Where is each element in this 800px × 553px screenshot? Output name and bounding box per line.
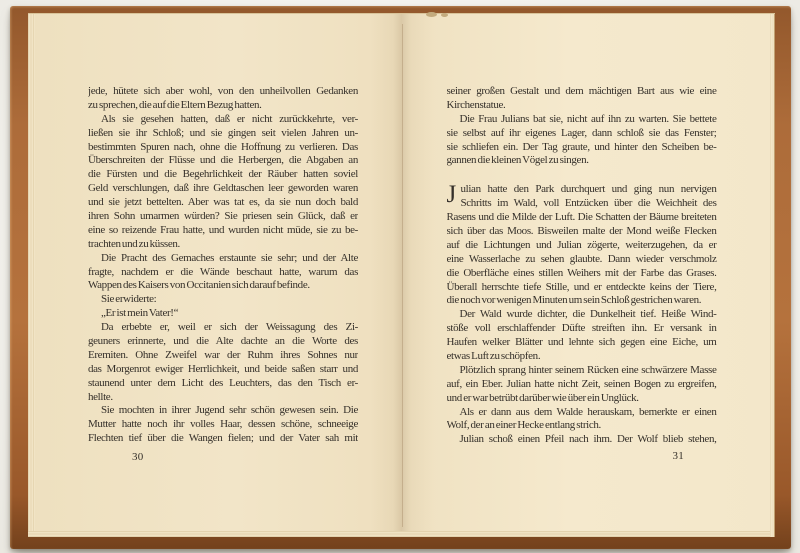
paragraph: Als sie gesehen hatten, daß er nicht zur… xyxy=(88,113,358,252)
text-line: „Er ist mein Vater!“ xyxy=(88,307,358,321)
right-page: seiner großen Gestalt und dem mächtigen … xyxy=(402,14,776,537)
text-line: ließen sie ihr Schloß; und sie gingen se… xyxy=(88,127,358,141)
text-line: sie selbst auf ihr eigenes Lager, dann s… xyxy=(447,127,717,141)
binding-speck xyxy=(441,13,448,17)
paragraph: Julian schoß einen Pfeil nach ihm. Der W… xyxy=(447,433,717,447)
text-line: ihren Sohn umarmen würden? Sie priesen s… xyxy=(88,210,358,224)
binding-speck xyxy=(426,12,437,17)
left-page-text-block: jede, hütete sich aber wohl, von den unh… xyxy=(88,85,358,446)
page-stack-edge-bottom xyxy=(28,531,775,537)
text-line: Julian schoß einen Pfeil nach ihm. Der W… xyxy=(447,433,717,447)
text-line: Schritts im Wald, voll Entzücken über di… xyxy=(447,197,717,211)
left-page-number: 30 xyxy=(132,451,144,463)
paragraph: jede, hütete sich aber wohl, von den unh… xyxy=(88,85,358,113)
drop-cap-letter: J xyxy=(447,182,456,207)
paragraph: Sie mochten in ihrer Jugend sehr schön g… xyxy=(88,404,358,446)
text-line: eine so reizende Frau hatte, und wurden … xyxy=(88,224,358,238)
paragraph: Die Frau Julians bat sie, nicht auf ihn … xyxy=(447,113,717,169)
text-line: und er war betrübt darüber wie über ein … xyxy=(447,392,717,406)
text-line: Die Frau Julians bat sie, nicht auf ihn … xyxy=(447,113,717,127)
page-stack-edge-right xyxy=(770,14,775,537)
right-page-text-block: seiner großen Gestalt und dem mächtigen … xyxy=(447,85,717,447)
text-line: eine Wasserlache zu sehen glaubte. Dann … xyxy=(447,253,717,267)
text-line: seiner großen Gestalt und dem mächtigen … xyxy=(447,85,717,99)
text-line: fragte, nachdem er die Wände beschaut ha… xyxy=(88,266,358,280)
text-line: Plötzlich sprang hinter seinem Rücken ei… xyxy=(447,364,717,378)
text-line: ulian hatte den Park durchquert und ging… xyxy=(447,183,717,197)
paragraph: seiner großen Gestalt und dem mächtigen … xyxy=(447,85,717,113)
photo-background: jede, hütete sich aber wohl, von den unh… xyxy=(0,0,800,553)
paragraph: Plötzlich sprang hinter seinem Rücken ei… xyxy=(447,364,717,406)
text-line: Die Pracht des Gemaches erstaunte sie se… xyxy=(88,252,358,266)
text-line: Kirchenstatue. xyxy=(447,99,717,113)
text-line: gannen die kleinen Vögel zu singen. xyxy=(447,154,717,168)
text-line: Wolf, der an einer Hecke entlang strich. xyxy=(447,419,717,433)
text-line: Flechten tief über die Wangen fielen; un… xyxy=(88,432,358,446)
text-line: Sie erwiderte: xyxy=(88,293,358,307)
paragraph: Als er dann aus dem Walde herauskam, bem… xyxy=(447,406,717,434)
text-line: auf die Lichtungen und Julian zögerte, w… xyxy=(447,239,717,253)
text-line: Überall herrschte tiefe Stille, und er e… xyxy=(447,281,717,295)
text-line: Da erbebte er, weil er sich der Weissagu… xyxy=(88,321,358,335)
text-line: die Fürsten und die Begehrlichkeit der R… xyxy=(88,168,358,182)
text-line: Haufen welker Blätter und lehnte sich ge… xyxy=(447,336,717,350)
text-line: Als er dann aus dem Walde herauskam, bem… xyxy=(447,406,717,420)
paragraph: Da erbebte er, weil er sich der Weissagu… xyxy=(88,321,358,404)
paragraph: Der Wald wurde dichter, die Dunkelheit t… xyxy=(447,308,717,364)
text-line: auf, ein Eber. Julian hatte nicht Zeit, … xyxy=(447,378,717,392)
text-line: das Morgenrot ewiger Herrlichkeit, und b… xyxy=(88,363,358,377)
text-line: Mutter hatte noch ihr volles Haar, desse… xyxy=(88,418,358,432)
text-line: die Oberfläche eines stillen Weihers mit… xyxy=(447,267,717,281)
paragraph: Julian hatte den Park durchquert und gin… xyxy=(447,183,717,308)
paragraph: Sie erwiderte: xyxy=(88,293,358,307)
text-line: und sie jetzt bettelten. Aber was tat es… xyxy=(88,196,358,210)
text-line: staunend unter dem Licht des Leuchters, … xyxy=(88,377,358,391)
text-line: Geld verschlungen, daß ihre Geldtaschen … xyxy=(88,182,358,196)
paragraph: „Er ist mein Vater!“ xyxy=(88,307,358,321)
text-line: geuners erinnerte, und die Alte dachte a… xyxy=(88,335,358,349)
page-spread: jede, hütete sich aber wohl, von den unh… xyxy=(28,13,775,537)
text-line: zu sprechen, die auf die Eltern Bezug ha… xyxy=(88,99,358,113)
text-line: Eremiten. Ohne Zweifel war der Ruhm ihre… xyxy=(88,349,358,363)
text-line: Rasens und die Milde der Luft. Die Schat… xyxy=(447,211,717,225)
text-line: Der Wald wurde dichter, die Dunkelheit t… xyxy=(447,308,717,322)
text-line: sich über das Moos. Bisweilen malte der … xyxy=(447,225,717,239)
paragraph: Die Pracht des Gemaches erstaunte sie se… xyxy=(88,252,358,294)
text-line: sie schliefen ein. Der Tag graute, und h… xyxy=(447,141,717,155)
text-line: etwas Luft zu schöpfen. xyxy=(447,350,717,364)
text-line: hellte. xyxy=(88,391,358,405)
book-gutter-crease xyxy=(402,24,403,526)
page-stack-edge-left xyxy=(28,14,35,537)
text-line: Überschreiten der Flüsse und die Herberg… xyxy=(88,154,358,168)
left-page: jede, hütete sich aber wohl, von den unh… xyxy=(28,14,402,537)
text-line: jede, hütete sich aber wohl, von den unh… xyxy=(88,85,358,99)
open-book: jede, hütete sich aber wohl, von den unh… xyxy=(10,6,791,549)
text-line: stöße voll erschlaffender Düfte streifte… xyxy=(447,322,717,336)
text-line: Wappen des Kaisers von Occitanien sich d… xyxy=(88,279,358,293)
text-line: bestimmten Spuren nach, ohne die Hoffnun… xyxy=(88,141,358,155)
right-page-number: 31 xyxy=(673,450,685,462)
text-line: die noch vor wenigen Minuten um sein Sch… xyxy=(447,294,717,308)
text-line: Sie mochten in ihrer Jugend sehr schön g… xyxy=(88,404,358,418)
text-line: Als sie gesehen hatten, daß er nicht zur… xyxy=(88,113,358,127)
text-line: trachten und zu küssen. xyxy=(88,238,358,252)
